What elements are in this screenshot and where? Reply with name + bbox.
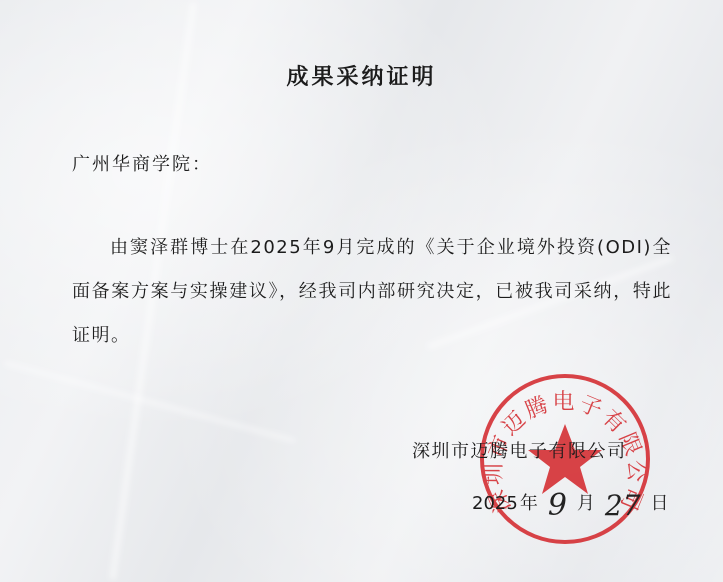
salutation: 广州华商学院： xyxy=(72,150,212,176)
date-month-handwritten: 9 xyxy=(548,488,567,523)
date-year: 2025 xyxy=(472,493,518,514)
signature-company: 深圳市迈腾电子有限公司 xyxy=(412,437,627,463)
date-month-unit: 月 xyxy=(577,489,595,515)
date-line: 2025 年 9 月 27 日 xyxy=(472,482,671,517)
date-day-handwritten: 27 xyxy=(605,489,641,522)
paper-crease xyxy=(5,361,296,443)
body-paragraph: 由窦泽群博士在2025年9月完成的《关于企业境外投资(ODI)全面备案方案与实操… xyxy=(72,226,672,358)
document-title: 成果采纳证明 xyxy=(0,60,723,91)
date-day-unit: 日 xyxy=(651,489,669,515)
date-year-unit: 年 xyxy=(520,489,538,515)
